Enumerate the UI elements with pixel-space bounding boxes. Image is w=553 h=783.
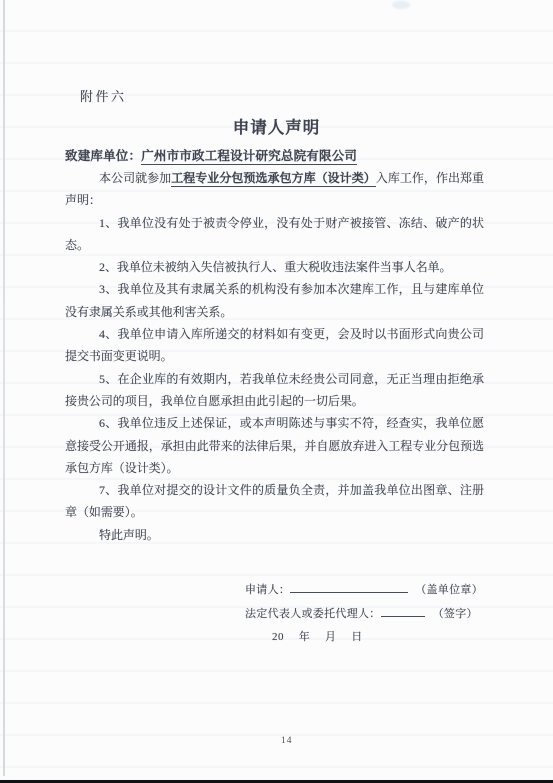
representative-blank-line: [381, 605, 425, 617]
applicant-line: 申请人：（盖单位章）: [245, 579, 483, 603]
recipient-line: 致建库单位：广州市市政工程设计研究总院有限公司: [65, 146, 357, 164]
date-line: 20 年 月 日: [245, 626, 483, 650]
representative-line: 法定代表人或委托代理人：（签字）: [245, 603, 483, 627]
signature-block: 申请人：（盖单位章） 法定代表人或委托代理人：（签字） 20 年 月 日: [245, 579, 483, 650]
recipient-company: 广州市市政工程设计研究总院有限公司: [141, 149, 357, 165]
declaration-item: 4、我单位申请入库所递交的材料如有变更，会及时以书面形式向贵公司提交书面变更说明…: [65, 323, 484, 368]
applicant-blank-line: [290, 581, 408, 593]
declaration-item: 5、在企业库的有效期内，若我单位未经贵公司同意，无正当理由拒绝承接贵公司的项目，…: [65, 368, 484, 413]
applicant-label: 申请人：: [245, 584, 290, 596]
page-number: 14: [281, 736, 293, 746]
representative-label: 法定代表人或委托代理人：: [245, 608, 381, 620]
document-title: 申请人声明: [0, 114, 553, 138]
applicant-seal-note: （盖单位章）: [415, 584, 483, 596]
declaration-item: 1、我单位没有处于被责令停业，没有处于财产被接管、冻结、破产的状态。: [65, 212, 484, 257]
declaration-item: 6、我单位违反上述保证，或本声明陈述与事实不符，经查实，我单位愿意接受公开通报，…: [65, 412, 484, 479]
intro-paragraph: 本公司就参加工程专业分包预选承包方库（设计类）入库工作，作出郑重声明：: [65, 167, 484, 212]
recipient-label: 致建库单位：: [65, 149, 141, 163]
intro-underlined-scope: 工程专业分包预选承包方库（设计类）: [171, 171, 376, 187]
closing-statement: 特此声明。: [65, 524, 484, 546]
declaration-item: 2、我单位未被纳入失信被执行人、重大税收违法案件当事人名单。: [65, 256, 484, 278]
attachment-label: 附件六: [80, 86, 127, 105]
declaration-item: 3、我单位及其有隶属关系的机构没有参加本次建库工作，且与建库单位没有隶属关系或其…: [65, 278, 484, 323]
intro-prefix: 本公司就参加: [99, 171, 171, 185]
representative-sign-note: （签字）: [433, 608, 478, 620]
declaration-body: 本公司就参加工程专业分包预选承包方库（设计类）入库工作，作出郑重声明： 1、我单…: [65, 167, 484, 546]
declaration-item: 7、我单位对提交的设计文件的质量负全责，并加盖我单位出图章、注册章（如需要）。: [65, 479, 484, 524]
scan-smudge: [392, 1, 410, 9]
document-page: 附件六 申请人声明 致建库单位：广州市市政工程设计研究总院有限公司 本公司就参加…: [0, 0, 553, 783]
